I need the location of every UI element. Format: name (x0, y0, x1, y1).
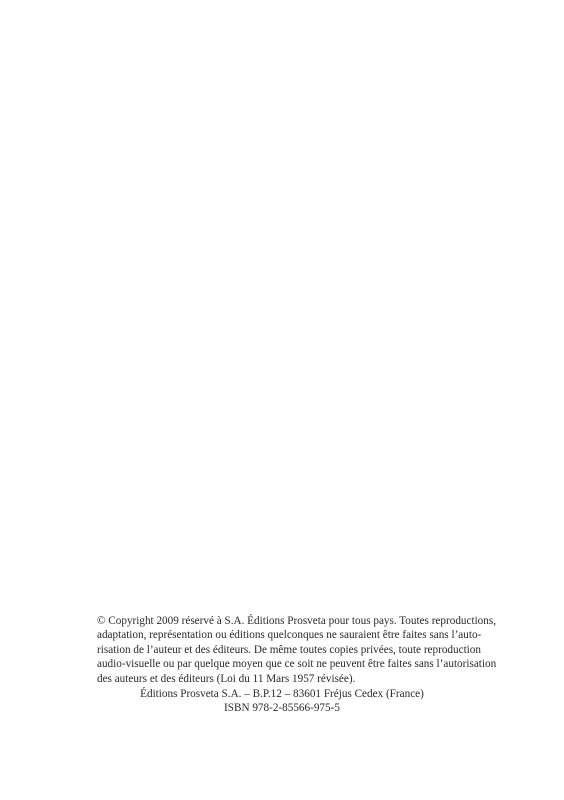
colophon: © Copyright 2009 réservé à S.A. Éditions… (97, 614, 467, 715)
isbn: ISBN 978-2-85566-975-5 (97, 701, 467, 715)
publisher-address: Éditions Prosveta S.A. – B.P.12 – 83601 … (97, 687, 467, 701)
book-page: © Copyright 2009 réservé à S.A. Éditions… (0, 0, 564, 800)
copyright-line: adaptation, représentation ou éditions q… (97, 628, 467, 642)
copyright-line: risation de l’auteur et des éditeurs. De… (97, 643, 467, 657)
copyright-line: © Copyright 2009 réservé à S.A. Éditions… (97, 614, 467, 628)
copyright-line: audio-visuelle ou par quelque moyen que … (97, 657, 467, 671)
copyright-line: des auteurs et des éditeurs (Loi du 11 M… (97, 672, 467, 686)
copyright-notice: © Copyright 2009 réservé à S.A. Éditions… (97, 614, 467, 686)
